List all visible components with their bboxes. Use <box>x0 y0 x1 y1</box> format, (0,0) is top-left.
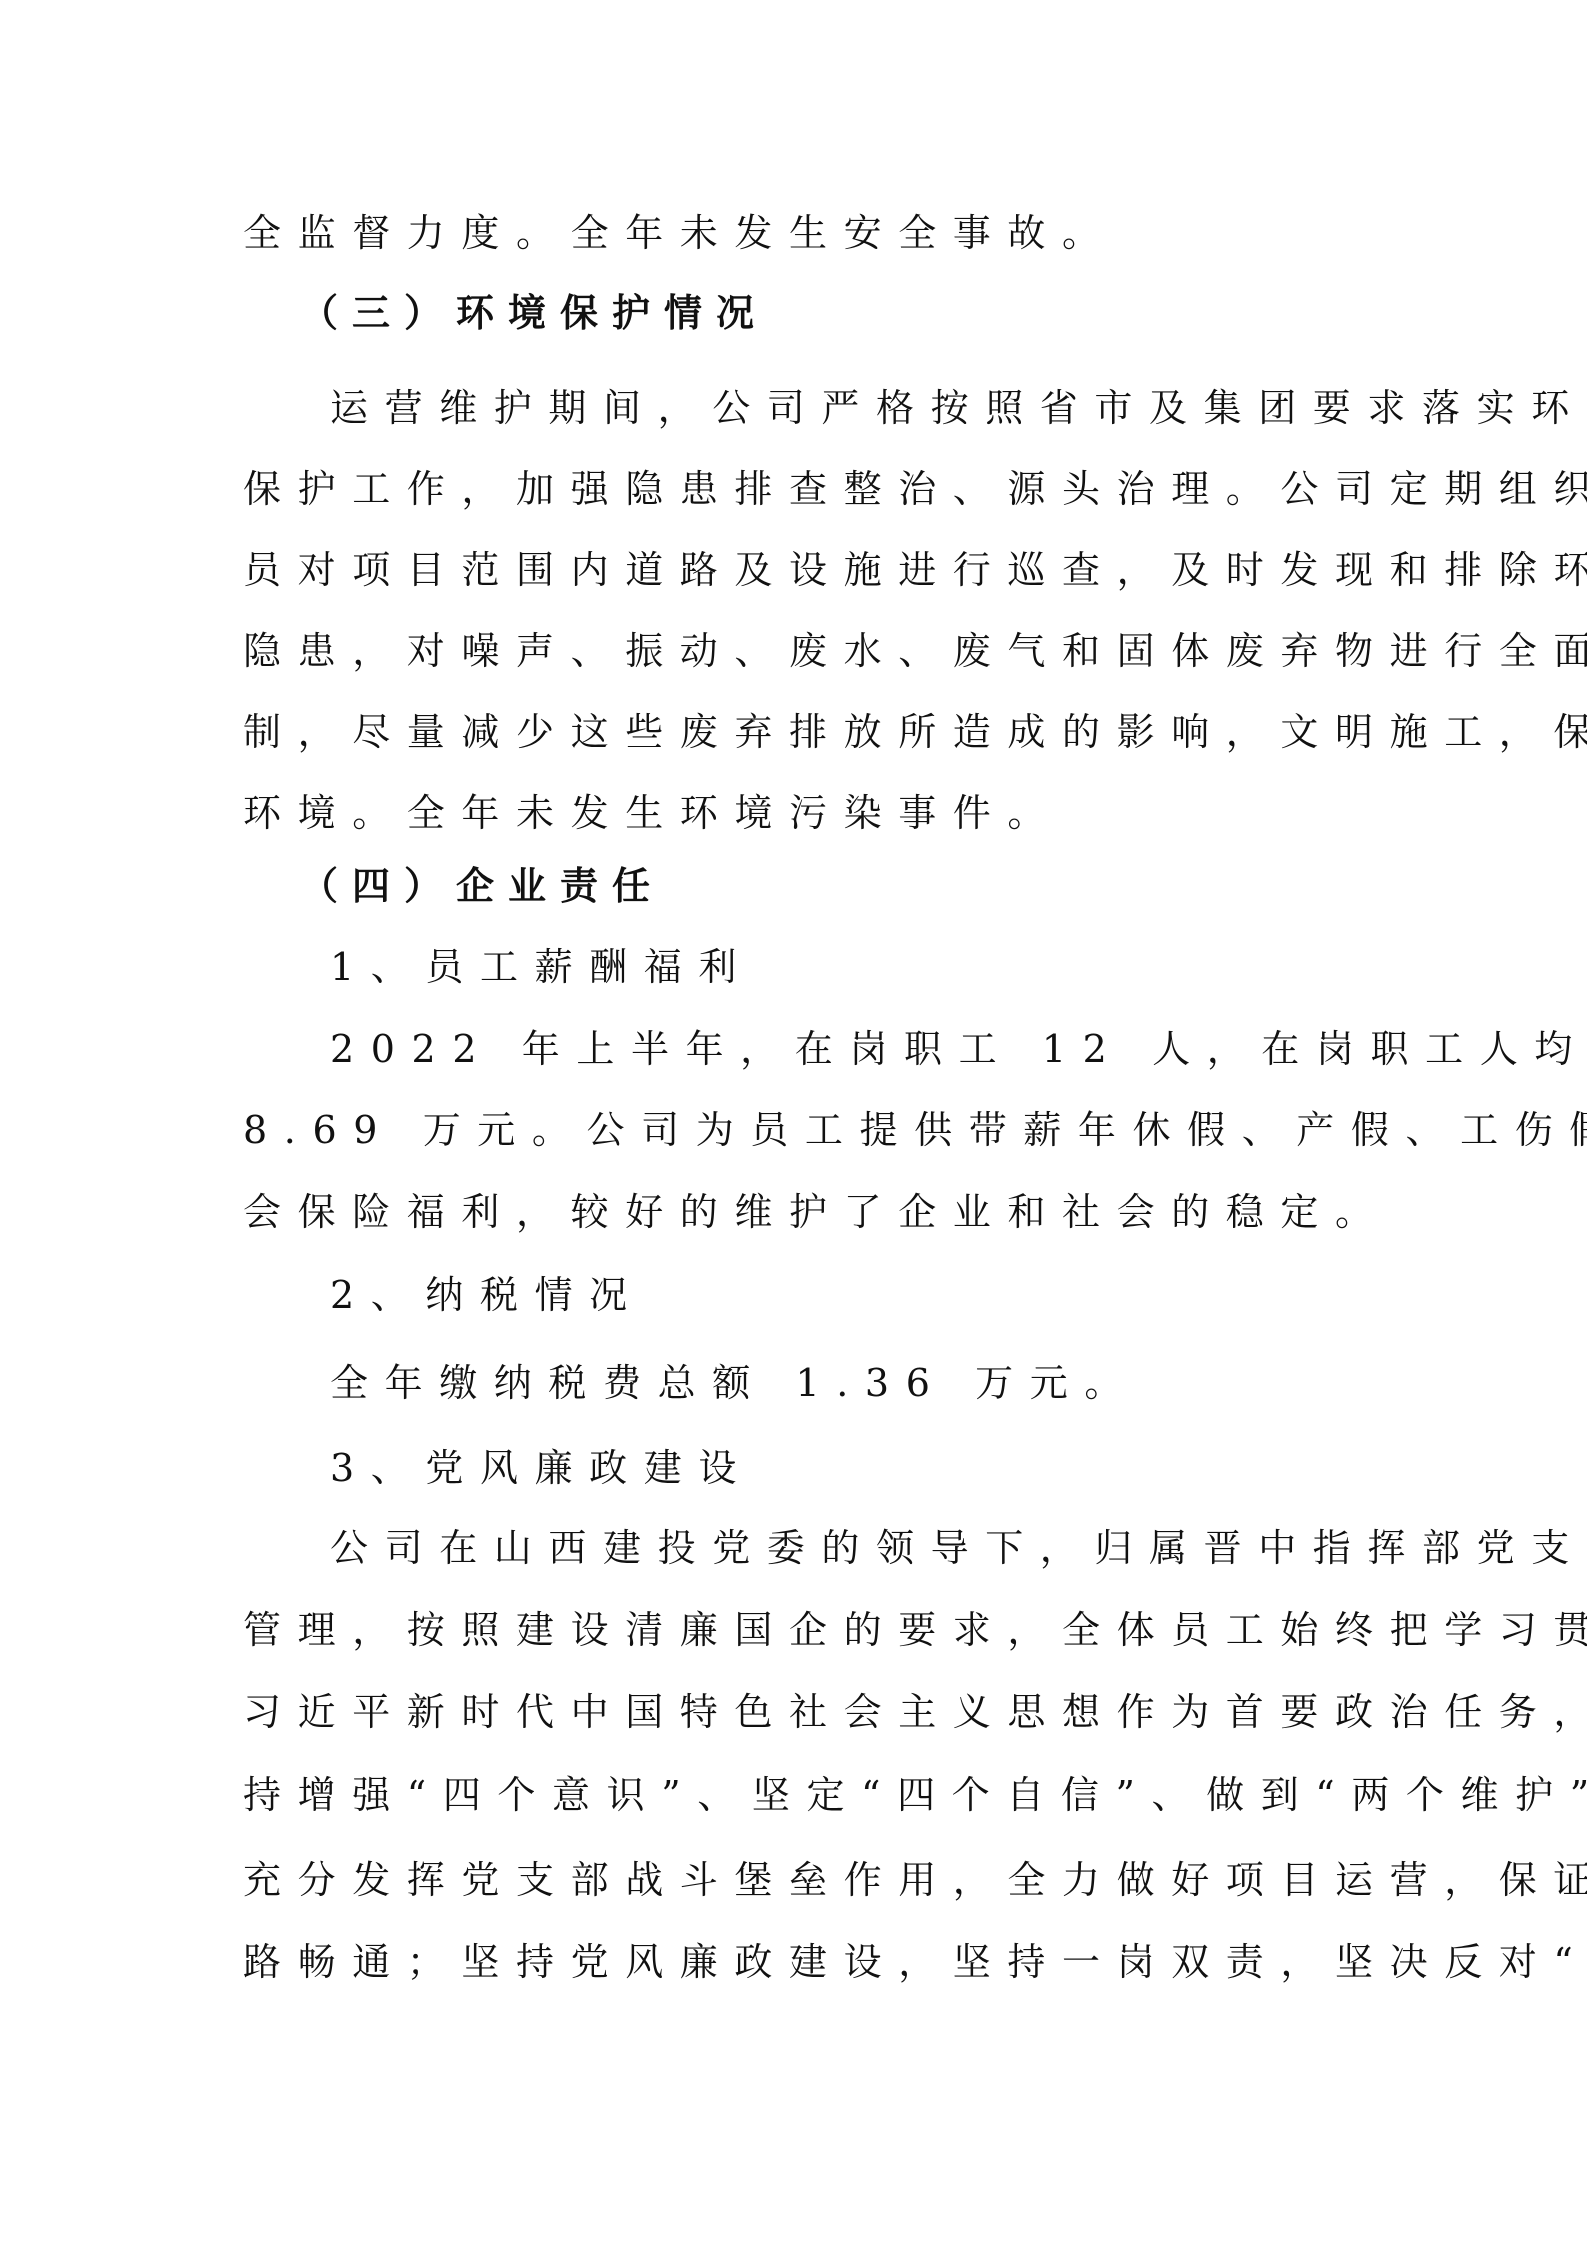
body-line: 会保险福利，较好的维护了企业和社会的稳定。 <box>243 1171 1353 1253</box>
body-line: 制，尽量减少这些废弃排放所造成的影响，文明施工，保护 <box>243 691 1353 773</box>
paragraph-start: 运营维护期间，公司严格按照省市及集团要求落实环境 <box>330 367 1440 449</box>
section-heading-environment: （三）环境保护情况 <box>300 272 1410 354</box>
body-line: 路畅通；坚持党风廉政建设，坚持一岗双责，坚决反对“四 <box>243 1921 1353 2003</box>
body-line: 隐患，对噪声、振动、废水、废气和固体废弃物进行全面控 <box>243 610 1353 692</box>
body-line: 管理，按照建设清廉国企的要求，全体员工始终把学习贯彻 <box>243 1589 1353 1671</box>
body-line: 充分发挥党支部战斗堡垒作用，全力做好项目运营，保证道 <box>243 1839 1353 1921</box>
paragraph-start: 2022 年上半年，在岗职工 12 人，在岗职工人均年工资 <box>330 1008 1440 1090</box>
body-line: 保护工作，加强隐患排查整治、源头治理。公司定期组织人 <box>243 448 1353 530</box>
body-line: 员对项目范围内道路及设施进行巡查，及时发现和排除环境 <box>243 529 1353 611</box>
subheading-party-building: 3、党风廉政建设 <box>330 1427 1440 1509</box>
body-line: 环境。全年未发生环境污染事件。 <box>243 772 1353 854</box>
body-line: 习近平新时代中国特色社会主义思想作为首要政治任务，坚 <box>243 1671 1353 1753</box>
document-page: 全监督力度。全年未发生安全事故。 （三）环境保护情况 运营维护期间，公司严格按照… <box>0 0 1587 2245</box>
subheading-tax: 2、纳税情况 <box>330 1254 1440 1336</box>
body-line: 全监督力度。全年未发生安全事故。 <box>243 192 1353 274</box>
paragraph-start: 全年缴纳税费总额 1.36 万元。 <box>330 1342 1440 1424</box>
body-line: 8.69 万元。公司为员工提供带薪年休假、产假、工伤假、社 <box>243 1089 1353 1171</box>
paragraph-start: 公司在山西建投党委的领导下，归属晋中指挥部党支部 <box>330 1507 1440 1589</box>
subheading-salary: 1、员工薪酬福利 <box>330 926 1440 1008</box>
body-line: 持增强“四个意识”、坚定“四个自信”、做到“两个维护”； <box>243 1754 1353 1836</box>
section-heading-responsibility: （四）企业责任 <box>300 845 1410 927</box>
